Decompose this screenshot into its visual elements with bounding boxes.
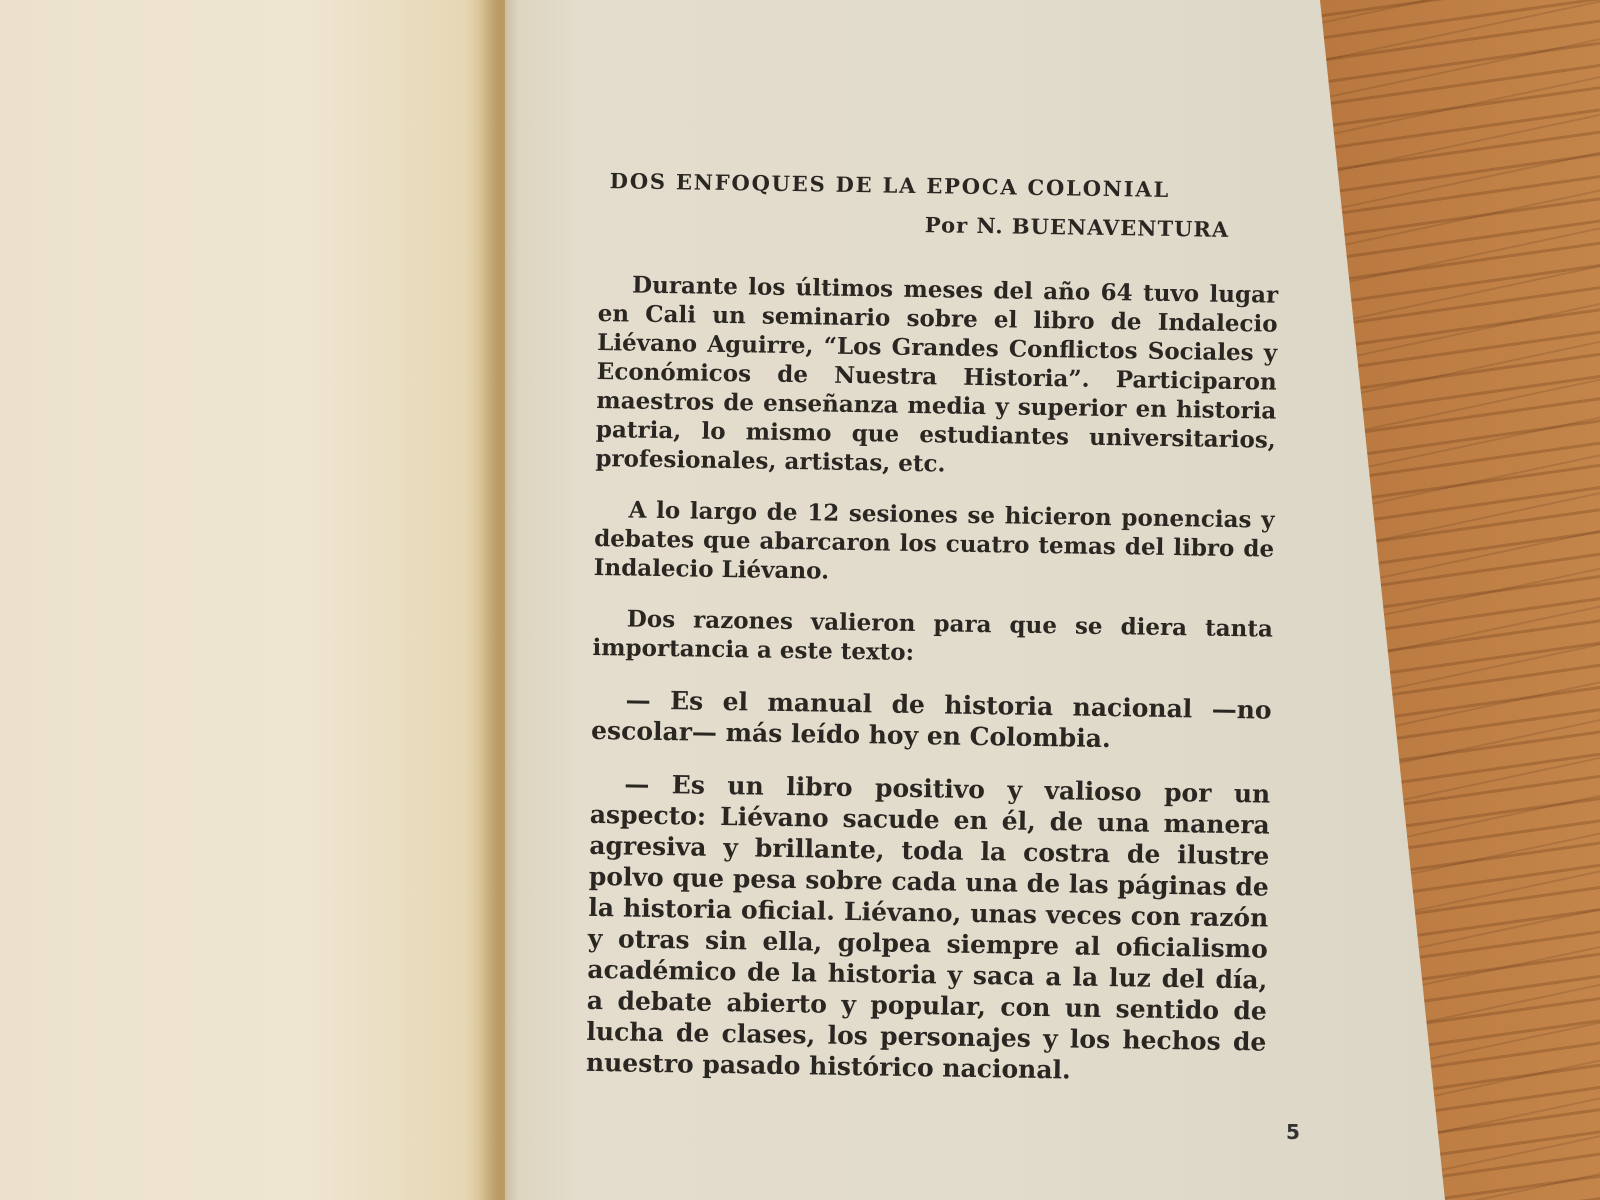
paragraph-5: — Es un libro positivo y valioso por un …: [586, 768, 1271, 1089]
book-gutter: [478, 0, 518, 1200]
page-number: 5: [1286, 1120, 1300, 1144]
paragraph-3: Dos razones valieron para que se diera t…: [592, 604, 1273, 673]
paragraph-4: — Es el manual de historia nacional —no …: [591, 684, 1272, 757]
paragraph-2: A lo largo de 12 sesiones se hicieron po…: [593, 495, 1274, 593]
paragraph-1: Durante los últimos meses del año 64 tuv…: [595, 270, 1278, 484]
author-byline: Por N. BUENAVENTURA: [599, 207, 1229, 242]
page-text: DOS ENFOQUES DE LA EPOCA COLONIAL Por N.…: [585, 168, 1280, 1111]
left-blank-page: [0, 0, 505, 1200]
